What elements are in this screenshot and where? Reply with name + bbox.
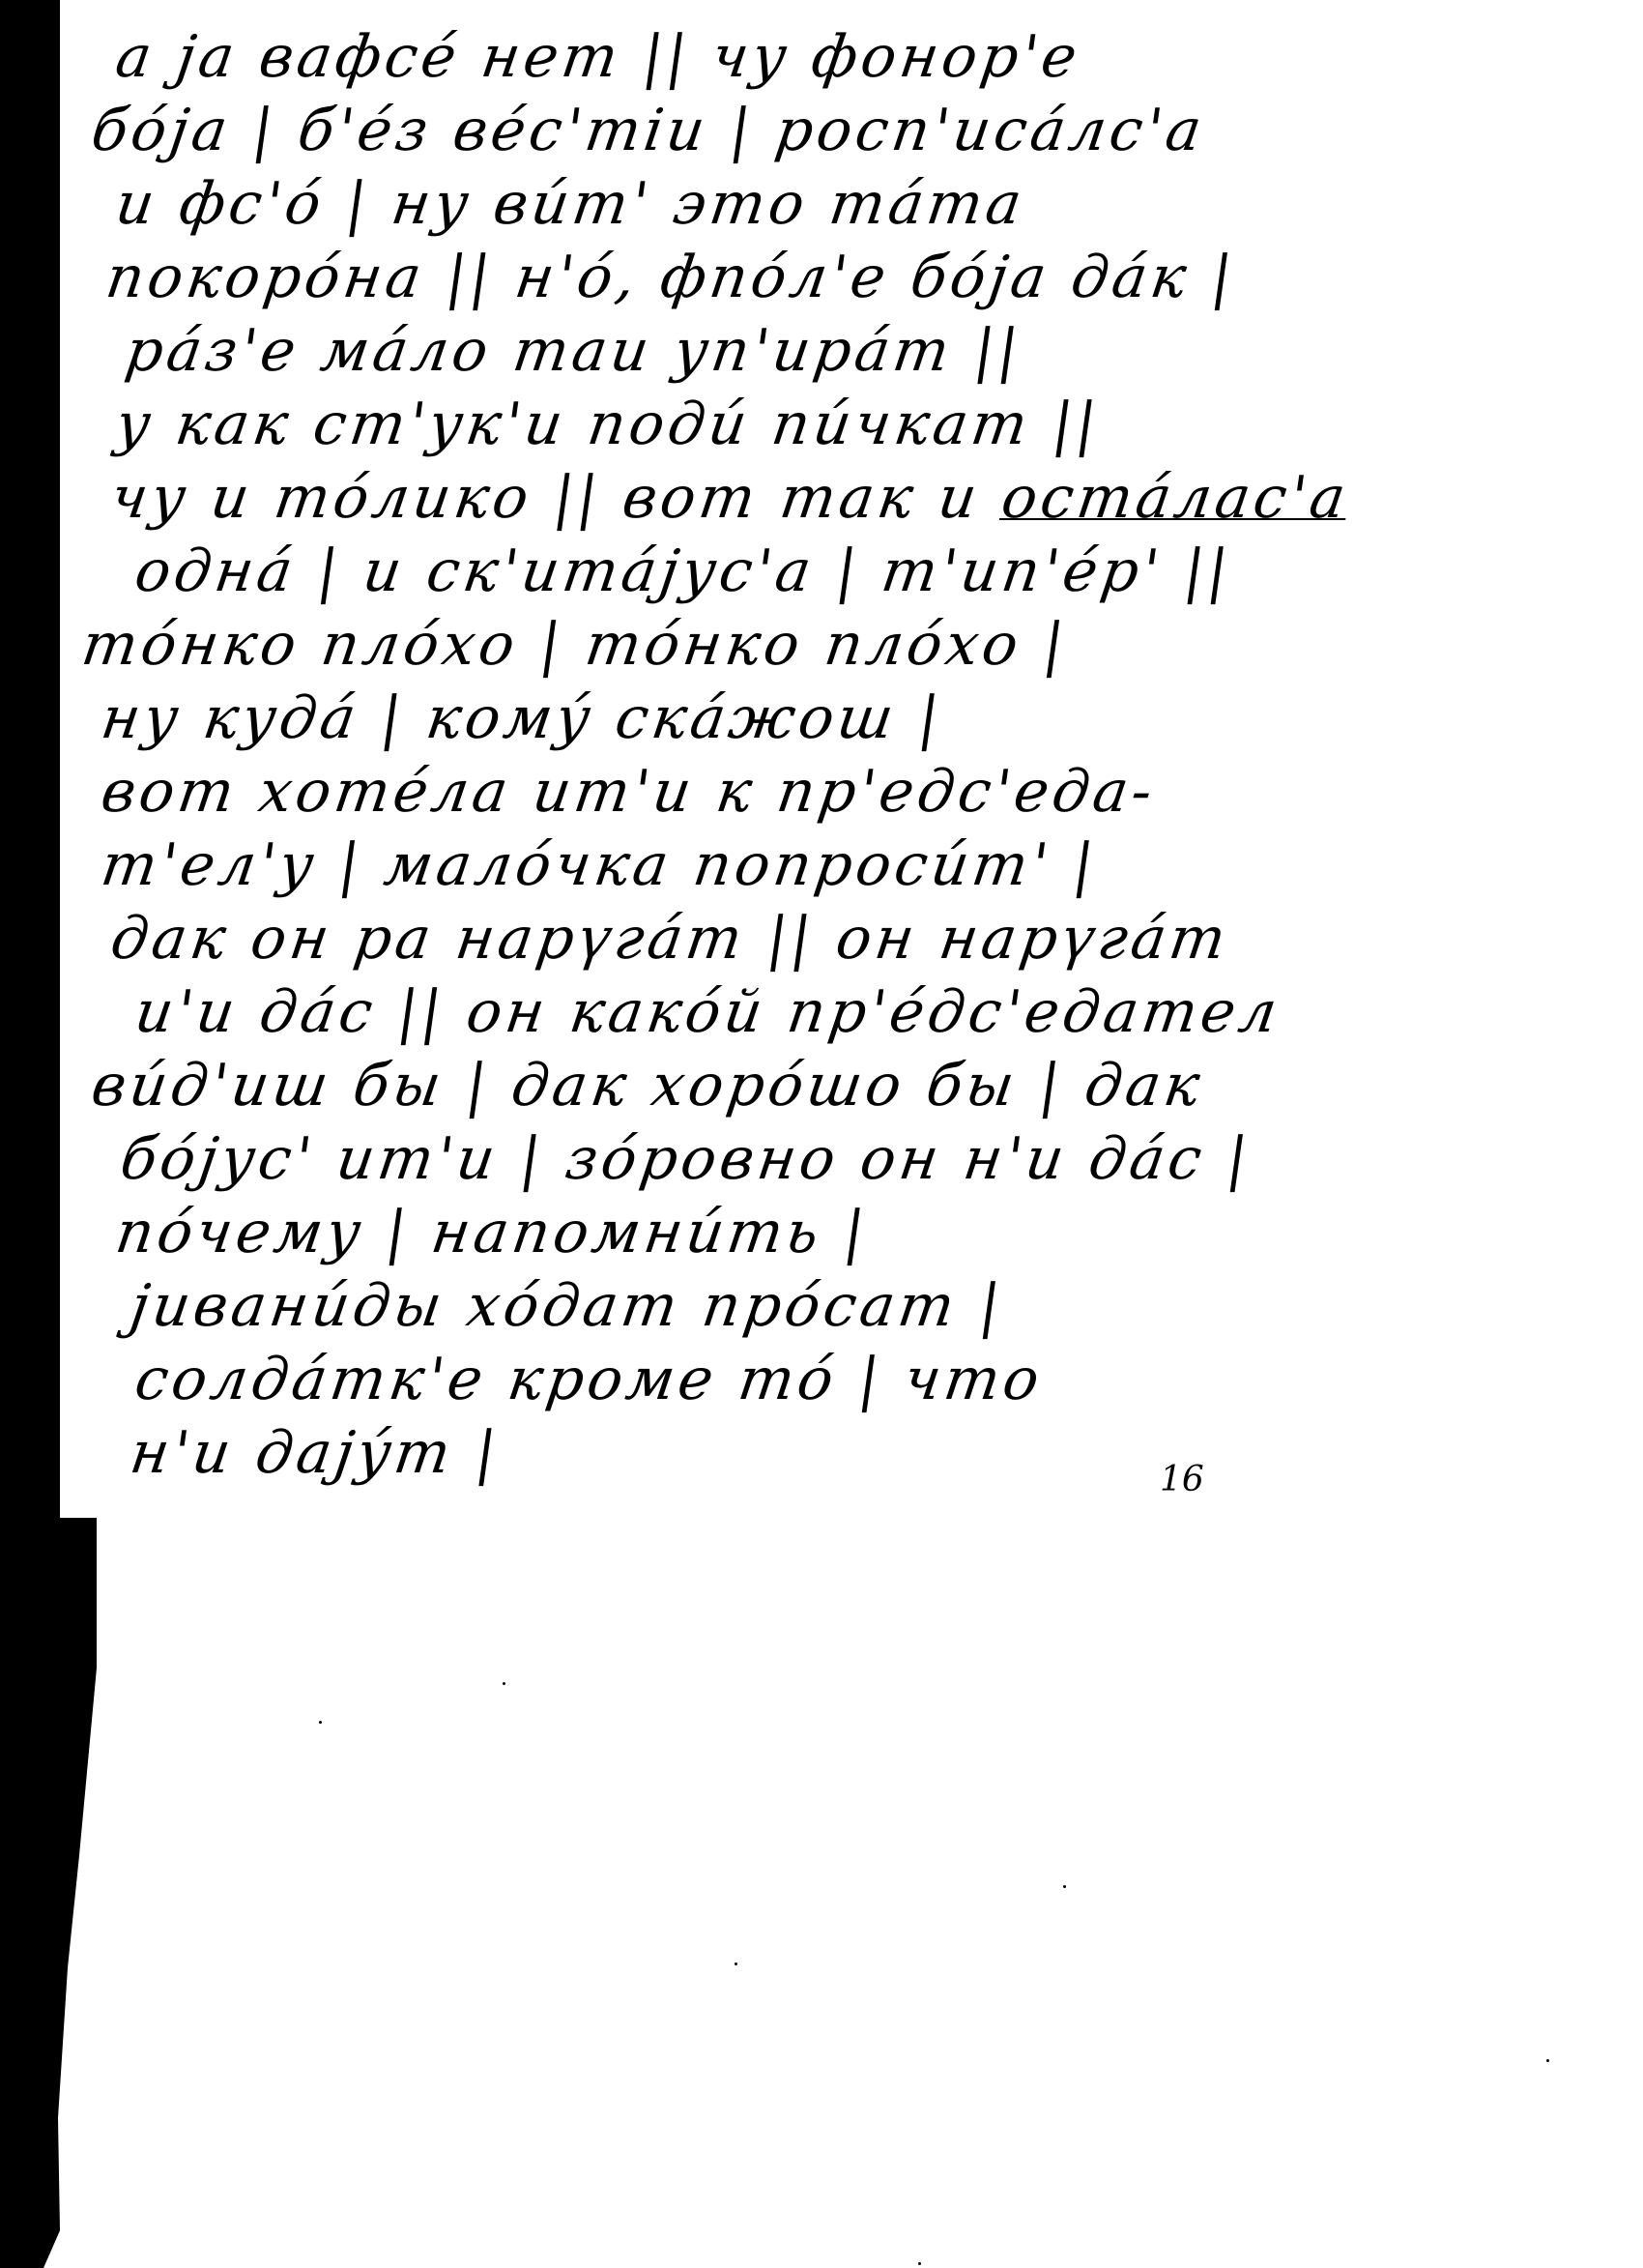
text-line: н'и дају́т | xyxy=(126,1415,504,1491)
text-line: а ја вафсе́ нет || чу фонор'е xyxy=(111,19,1085,95)
text-line: одна́ | и ск'ита́јус'а | т'ип'е́р' || xyxy=(130,534,1236,609)
text-line: јивани́ды хо́дат про́сат | xyxy=(126,1268,1008,1344)
text-line: и'и да́с || он како́й пр'е́дс'едател xyxy=(130,974,1285,1050)
text-line: у как ст'ук'и поди́ пи́чкат || xyxy=(111,387,1105,462)
text-line: бо́јус' ит'и | зо́ровно он н'и да́с | xyxy=(116,1121,1255,1197)
scan-black-edge-lower xyxy=(0,1518,97,2268)
text-line: чу и то́лико || вот так и оста́лас'а xyxy=(106,460,1354,536)
scan-speck xyxy=(918,2262,921,2265)
scan-speck xyxy=(1546,2059,1549,2062)
scan-speck xyxy=(503,1682,505,1685)
text-line: то́нко пло́хо | то́нко пло́хо | xyxy=(77,607,1073,683)
text-line: солда́тк'е кроме то́ | что xyxy=(130,1342,1048,1417)
text-line: ну куда́ | кому́ ска́жош | xyxy=(97,681,947,756)
text-line: т'ел'у | мало́чка попроси́т' | xyxy=(97,828,1102,903)
text-line: и фс'о́ | ну ви́т' это тáта xyxy=(111,166,1030,242)
underlined-word: оста́лас'а xyxy=(997,464,1353,532)
scan-speck xyxy=(319,1721,322,1724)
text-line: бо́ја | б'е́з ве́с'тіи | росп'исáлс'а xyxy=(87,93,1210,168)
text-line: покоро́на || н'о́, фпо́л'е бо́ја дáк | xyxy=(101,240,1240,315)
scan-speck xyxy=(1063,1885,1066,1888)
page-number: 16 xyxy=(1160,1460,1204,1499)
text-line: ви́д'иш бы | дак хоро́шо бы | дак xyxy=(87,1048,1208,1123)
text-line: дак он ра нарүга́т || он нарүга́т xyxy=(106,901,1234,976)
text-line: ра́з'е ма́ло таи уп'ира́т || xyxy=(121,313,1026,389)
text-line: по́чему | напомни́ть | xyxy=(111,1195,873,1270)
text-line: вот хоте́ла ит'и к пр'едс'еда- xyxy=(97,754,1161,829)
scan-black-edge xyxy=(0,0,60,1518)
scan-speck xyxy=(735,1963,737,1965)
line-text: чу и то́лико || вот так и оста́лас'а xyxy=(107,464,1354,532)
